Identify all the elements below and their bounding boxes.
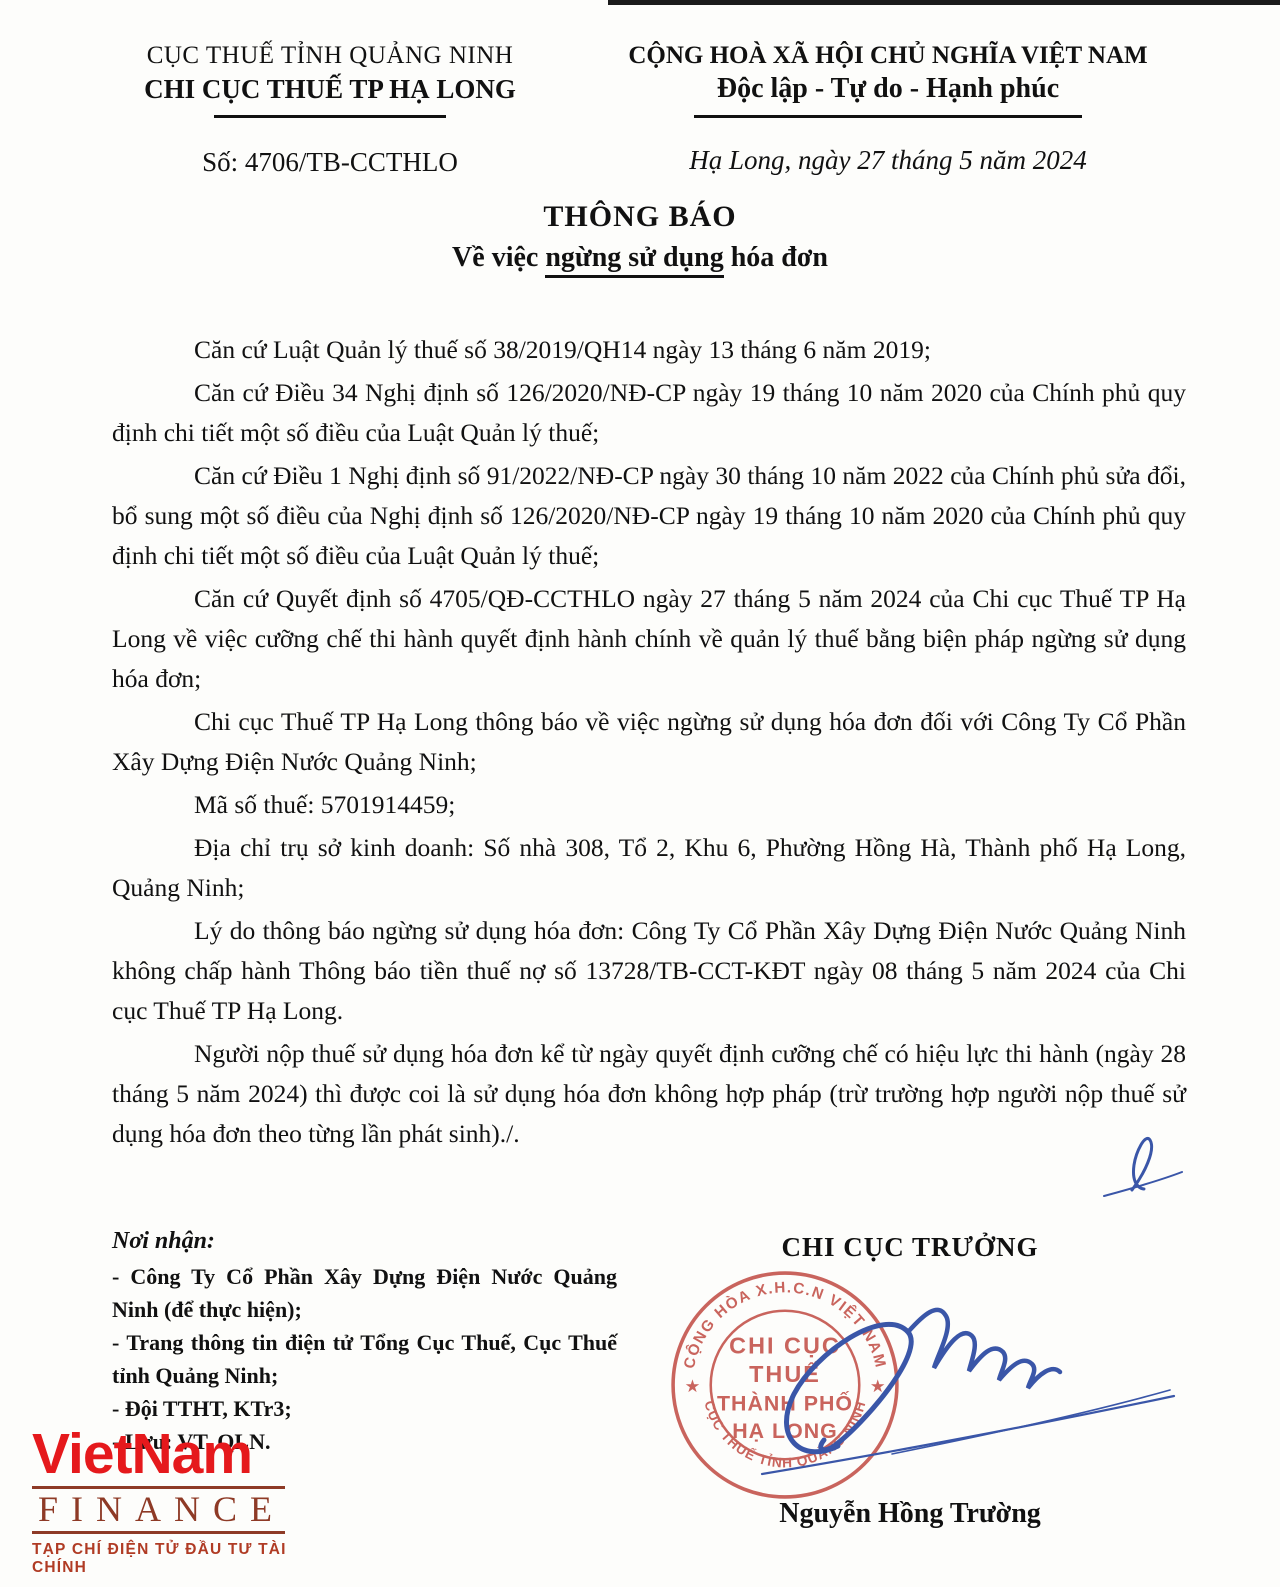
stamp-star-left-icon: ★: [685, 1376, 701, 1396]
recipient-item: - Đội TTHT, KTr3;: [112, 1392, 617, 1425]
signature-strokes: [762, 1310, 1174, 1474]
place-date-line: Hạ Long, ngày 27 tháng 5 năm 2024: [556, 145, 1220, 176]
body-paragraph: Căn cứ Luật Quản lý thuế số 38/2019/QH14…: [112, 330, 1186, 370]
signer-title: CHI CỤC TRƯỞNG: [640, 1232, 1180, 1263]
document-subtitle: Về việc ngừng sử dụng hóa đơn: [0, 242, 1280, 274]
pen-flourish-strokes: [1104, 1138, 1182, 1196]
handwritten-signature: [742, 1278, 1182, 1493]
document-number: Số: 4706/TB-CCTHLO: [96, 147, 564, 178]
body-paragraph: Căn cứ Điều 1 Nghị định số 91/2022/NĐ-CP…: [112, 456, 1186, 576]
header-left-rule: [214, 115, 446, 118]
national-title: CỘNG HOÀ XÃ HỘI CHỦ NGHĨA VIỆT NAM: [556, 42, 1220, 70]
logo-tagline: TẠP CHÍ ĐIỆN TỬ ĐẦU TƯ TÀI CHÍNH: [32, 1541, 322, 1577]
signer-name: Nguyễn Hồng Trường: [640, 1498, 1180, 1530]
body-paragraph: Chi cục Thuế TP Hạ Long thông báo về việ…: [112, 702, 1186, 782]
header-issuing-office: CỤC THUẾ TỈNH QUẢNG NINH CHI CỤC THUẾ TP…: [96, 42, 564, 178]
document-title: THÔNG BÁO: [0, 200, 1280, 234]
subtitle-underlined: ngừng sử dụng: [545, 242, 723, 278]
scan-edge-artifact: [608, 0, 1280, 5]
national-motto: Độc lập - Tự do - Hạnh phúc: [556, 73, 1220, 105]
recipient-item: - Trang thông tin điện tử Tổng Cục Thuế,…: [112, 1326, 617, 1392]
subtitle-suffix: hóa đơn: [724, 242, 828, 273]
body-paragraph: Lý do thông báo ngừng sử dụng hóa đơn: C…: [112, 911, 1186, 1031]
document-scan: { "document": { "header_left": { "org_pa…: [0, 0, 1280, 1587]
body-paragraph: Căn cứ Quyết định số 4705/QĐ-CCTHLO ngày…: [112, 579, 1186, 699]
vietnamfinance-logo: VietNam FINANCE TẠP CHÍ ĐIỆN TỬ ĐẦU TƯ T…: [32, 1424, 322, 1577]
subtitle-prefix: Về việc: [452, 242, 545, 273]
logo-finance-text: FINANCE: [32, 1486, 285, 1534]
pen-flourish-mark: [1098, 1132, 1188, 1204]
body-paragraph: Địa chỉ trụ sở kinh doanh: Số nhà 308, T…: [112, 828, 1186, 908]
parent-office-name: CỤC THUẾ TỈNH QUẢNG NINH: [96, 42, 564, 70]
logo-vietnam-text: VietNam: [32, 1424, 322, 1484]
signer-title-block: CHI CỤC TRƯỞNG: [640, 1232, 1180, 1263]
body-paragraph: Mã số thuế: 5701914459;: [112, 785, 1186, 825]
body-paragraph: Căn cứ Điều 34 Nghị định số 126/2020/NĐ-…: [112, 373, 1186, 453]
recipients-label: Nơi nhận:: [112, 1228, 617, 1255]
body-paragraph: Người nộp thuế sử dụng hóa đơn kể từ ngà…: [112, 1034, 1186, 1154]
document-title-block: THÔNG BÁO Về việc ngừng sử dụng hóa đơn: [0, 200, 1280, 274]
header-national: CỘNG HOÀ XÃ HỘI CHỦ NGHĨA VIỆT NAM Độc l…: [556, 42, 1220, 176]
body-text: Căn cứ Luật Quản lý thuế số 38/2019/QH14…: [112, 330, 1186, 1157]
header-right-rule: [694, 115, 1082, 118]
recipient-item: - Công Ty Cổ Phần Xây Dựng Điện Nước Quả…: [112, 1260, 617, 1326]
issuing-office-name: CHI CỤC THUẾ TP HẠ LONG: [96, 74, 564, 105]
